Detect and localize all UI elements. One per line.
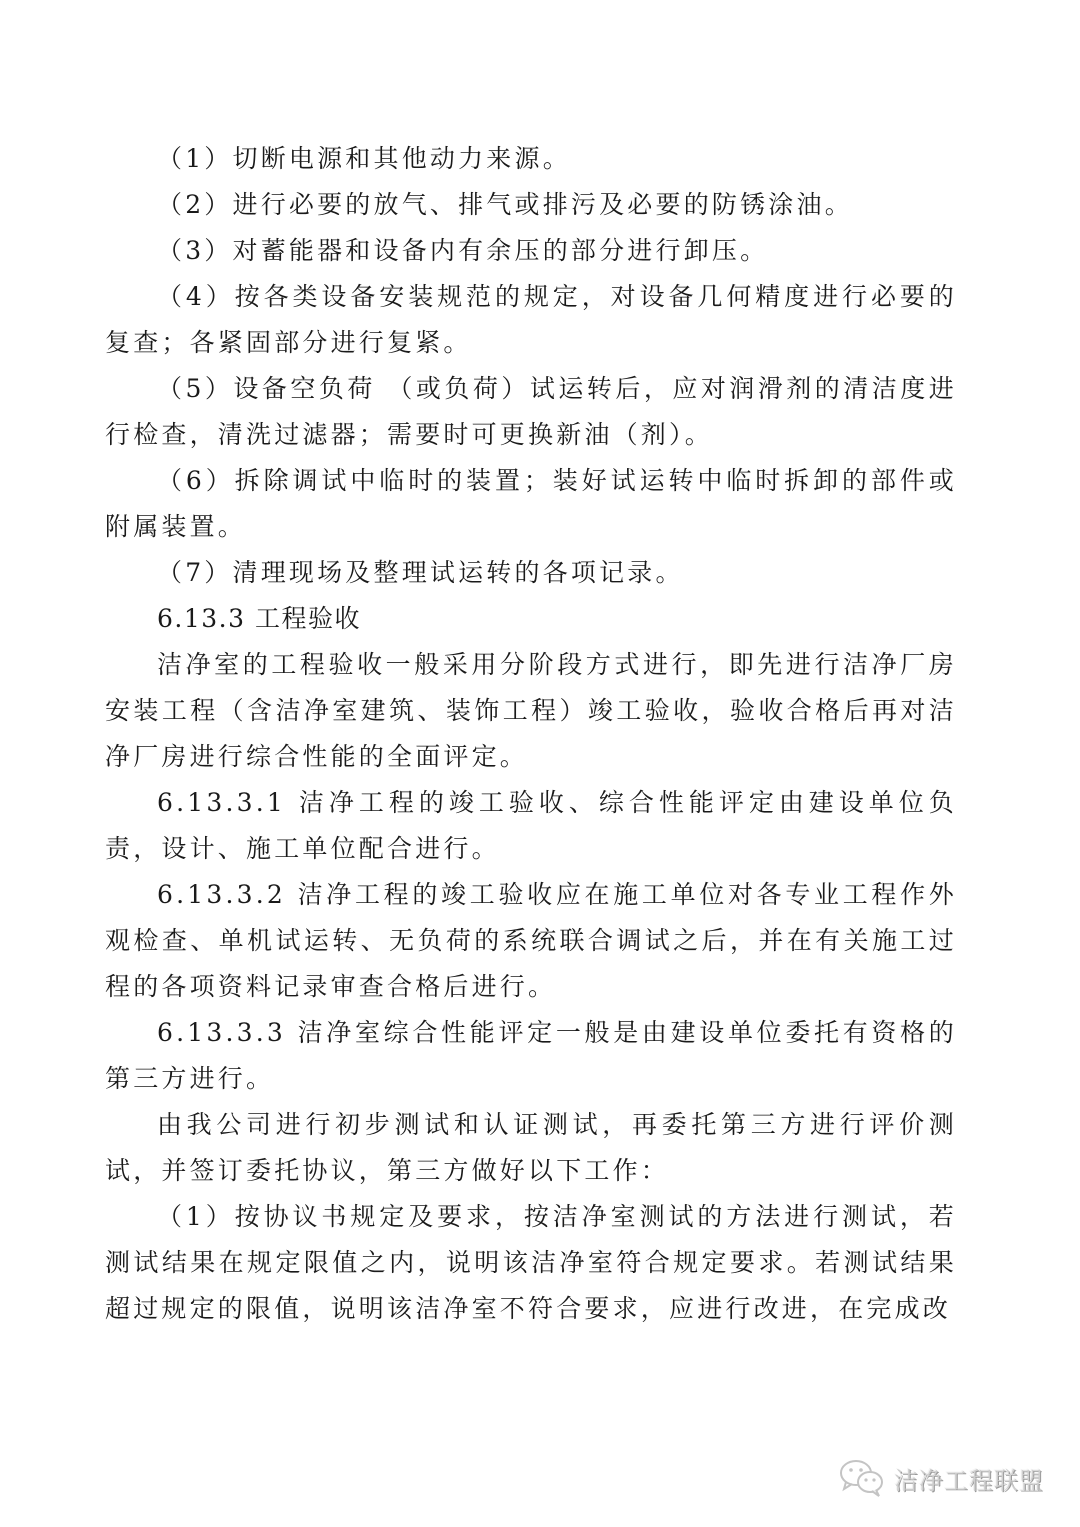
list-item-pressure-relief: （3）对蓄能器和设备内有余压的部分进行卸压。 bbox=[105, 228, 957, 274]
list-item-lubricant-check: （5）设备空负荷 （或负荷）试运转后，应对润滑剂的清洁度进行检查，清洗过滤器；需… bbox=[105, 366, 957, 458]
watermark-text: 洁净工程联盟 bbox=[894, 1461, 1044, 1496]
clause-6-13-3-2: 6.13.3.2 洁净工程的竣工验收应在施工单位对各专业工程作外观检查、单机试运… bbox=[105, 872, 957, 1010]
clause-6-13-3-1: 6.13.3.1 洁净工程的竣工验收、综合性能评定由建设单位负责，设计、施工单位… bbox=[105, 780, 957, 872]
wechat-icon bbox=[838, 1458, 886, 1498]
list-item-remove-temp-devices: （6）拆除调试中临时的装置；装好试运转中临时拆卸的部件或附属装置。 bbox=[105, 458, 957, 550]
watermark: 洁净工程联盟 bbox=[838, 1458, 1044, 1498]
list-item-power-off: （1）切断电源和其他动力来源。 bbox=[105, 136, 957, 182]
list-item-testing: （1）按协议书规定及要求，按洁净室测试的方法进行测试，若测试结果在规定限值之内，… bbox=[105, 1194, 957, 1332]
section-heading: 6.13.3 工程验收 bbox=[105, 596, 957, 642]
body-paragraph-third-party: 由我公司进行初步测试和认证测试，再委托第三方进行评价测试，并签订委托协议，第三方… bbox=[105, 1102, 957, 1194]
list-item-cleanup-records: （7）清理现场及整理试运转的各项记录。 bbox=[105, 550, 957, 596]
document-page: （1）切断电源和其他动力来源。 （2）进行必要的放气、排气或排污及必要的防锈涂油… bbox=[105, 136, 957, 1332]
list-item-precision-check: （4）按各类设备安装规范的规定，对设备几何精度进行必要的复查；各紧固部分进行复紧… bbox=[105, 274, 957, 366]
body-paragraph-acceptance: 洁净室的工程验收一般采用分阶段方式进行，即先进行洁净厂房安装工程（含洁净室建筑、… bbox=[105, 642, 957, 780]
list-item-venting: （2）进行必要的放气、排气或排污及必要的防锈涂油。 bbox=[105, 182, 957, 228]
clause-6-13-3-3: 6.13.3.3 洁净室综合性能评定一般是由建设单位委托有资格的第三方进行。 bbox=[105, 1010, 957, 1102]
